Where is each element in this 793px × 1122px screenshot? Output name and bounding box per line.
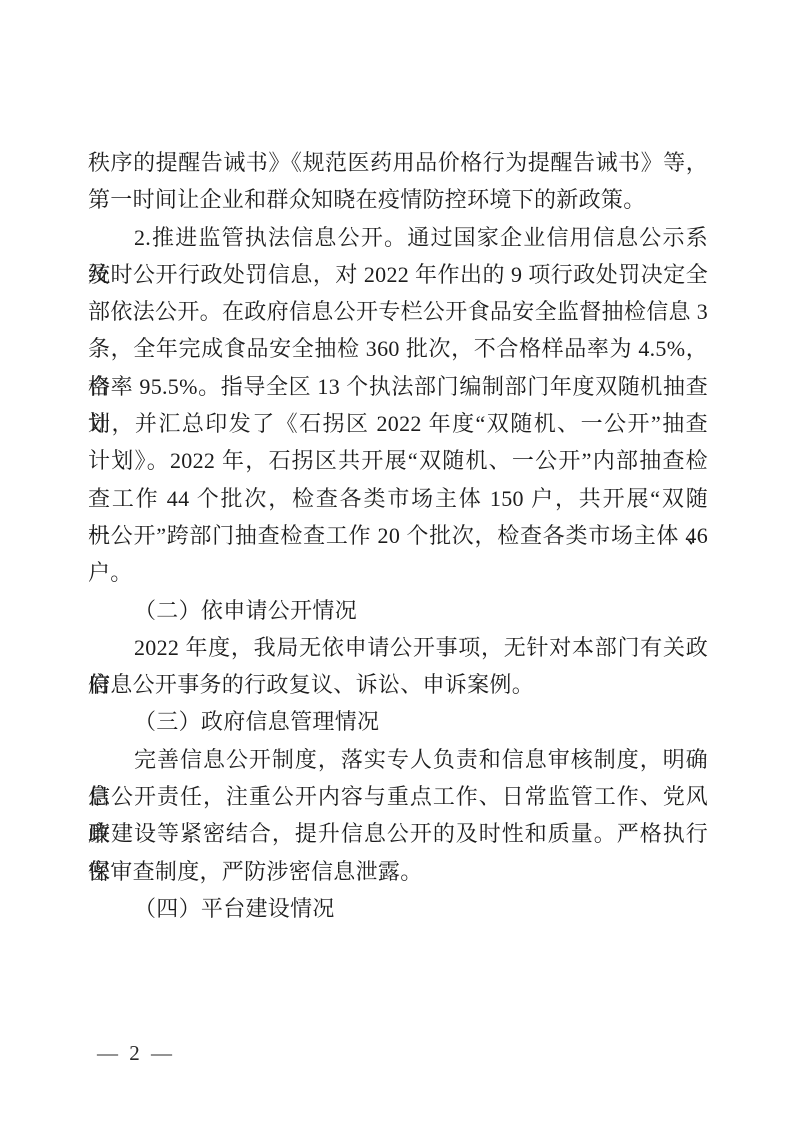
text-line: 查工作 44 个批次，检查各类市场主体 150 户，共开展“双随机、 [88,480,708,517]
text-line: 格率 95.5%。指导全区 13 个执法部门编制部门年度双随机抽查计 [88,368,708,405]
text-line: 条，全年完成食品安全抽检 360 批次，不合格样品率为 4.5%，合 [88,330,708,367]
text-line: 2.推进监管执法信息公开。通过国家企业信用信息公示系统 [88,219,708,256]
text-line: 计划》。2022 年，石拐区共开展“双随机、一公开”内部抽查检 [88,442,708,479]
text-line: 政建设等紧密结合，提升信息公开的及时性和质量。严格执行保 [88,815,708,852]
text-line: 秩序的提醒告诫书》《规范医药用品价格行为提醒告诫书》等， [88,144,708,181]
text-line: 部依法公开。在政府信息公开专栏公开食品安全监督抽检信息 3 [88,293,708,330]
text-line: 一公开”跨部门抽查检查工作 20 个批次，检查各类市场主体 46 [88,517,708,554]
section-heading: （三）政府信息管理情况 [88,703,708,740]
document-page: 秩序的提醒告诫书》《规范医药用品价格行为提醒告诫书》等，第一时间让企业和群众知晓… [0,0,793,1122]
text-line: 完善信息公开制度，落实专人负责和信息审核制度，明确信 [88,741,708,778]
text-line: 第一时间让企业和群众知晓在疫情防控环境下的新政策。 [88,181,708,218]
page-footer: — 2 — [97,1040,175,1066]
text-line: 2022 年度，我局无依申请公开事项，无针对本部门有关政府 [88,629,708,666]
text-line: 密审查制度，严防涉密信息泄露。 [88,853,708,890]
page-number: — 2 — [97,1041,175,1066]
text-line: 信息公开事务的行政复议、诉讼、申诉案例。 [88,666,708,703]
text-line: 划，并汇总印发了《石拐区 2022 年度“双随机、一公开”抽查 [88,405,708,442]
section-heading: （四）平台建设情况 [88,890,708,927]
text-line: 息公开责任，注重公开内容与重点工作、日常监管工作、党风廉 [88,778,708,815]
text-line: 及时公开行政处罚信息，对 2022 年作出的 9 项行政处罚决定全 [88,256,708,293]
document-body: 秩序的提醒告诫书》《规范医药用品价格行为提醒告诫书》等，第一时间让企业和群众知晓… [88,144,708,927]
text-line: 户。 [88,554,708,591]
section-heading: （二）依申请公开情况 [88,592,708,629]
